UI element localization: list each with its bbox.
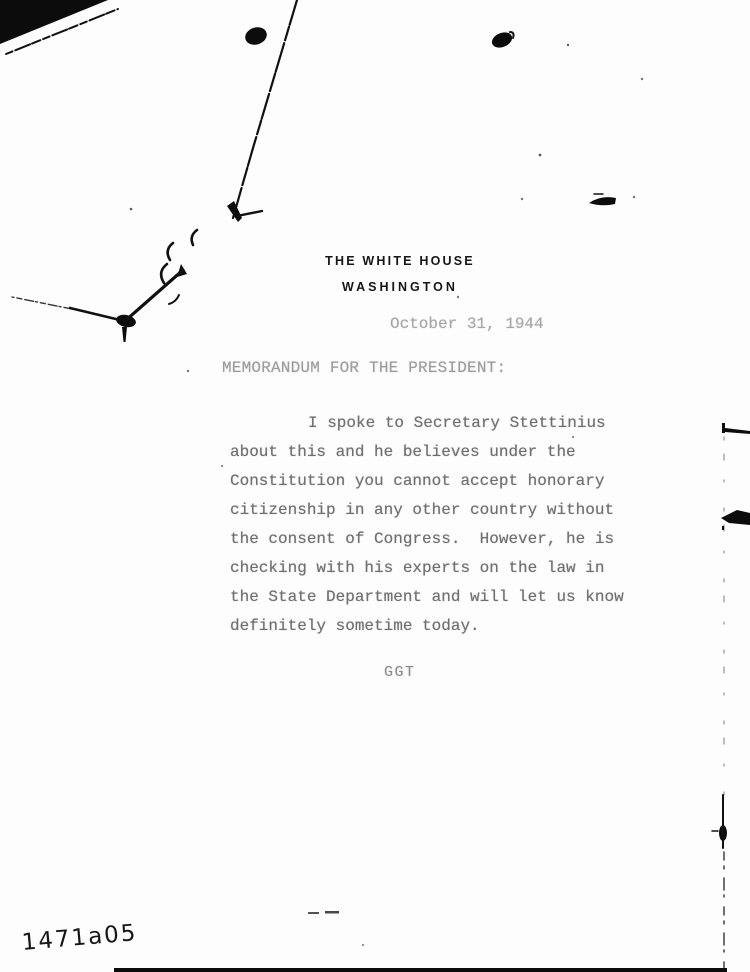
letterhead-title: THE WHITE HOUSE [250,254,550,268]
scan-artifact-edge-blob [719,825,727,841]
memo-body: I spoke to Secretary Stettinius about th… [230,409,640,641]
memo-body-line: citizenship in any other country without [230,496,640,525]
letterhead-subtitle: WASHINGTON [250,280,550,294]
scan-artifact-corner-edge-line [6,9,118,54]
scan-artifact-margin-dot [722,526,724,530]
memo-body-line: the State Department and will let us kno… [230,583,640,612]
memo-body-line: the consent of Congress. However, he is [230,525,640,554]
handwritten-annotation: 1471a05 [21,920,139,956]
scan-artifact-margin-line-upper [725,428,750,434]
scan-artifact-ink-blot-right [490,30,515,51]
scan-artifact-crease-hook [177,264,187,277]
typist-initials: GGT [384,664,416,681]
memo-body-line: definitely sometime today. [230,612,640,641]
scan-artifact-crease-junction [115,313,137,329]
scan-artifact-curl-mark-2 [168,243,173,260]
scan-artifact-crease-drip [122,327,127,342]
memo-body-line: checking with his experts on the law in [230,554,640,583]
scan-artifact-curl-mark-3 [161,264,167,283]
letterhead: THE WHITE HOUSE WASHINGTON [250,254,550,294]
memo-body-line: about this and he believes under the [230,438,640,467]
scan-artifact-crease-tick [169,295,179,304]
scan-artifact-fold-tick [237,211,262,216]
memo-body-line: Constitution you cannot accept honorary [230,467,640,496]
scan-artifact-left-line-solid [70,308,120,320]
scan-artifact-smudge-dash [589,197,616,205]
scan-artifact-margin-tick-upper [722,423,725,433]
scan-artifact-curl-mark-1 [192,230,197,245]
scan-artifact-fold-line-upper [233,0,297,218]
scan-artifact-speck-dash-2 [325,911,339,914]
scan-artifact-bottom-edge-bar [114,968,727,972]
scan-artifact-crease-line-lower [125,270,183,321]
memo-salutation: MEMORANDUM FOR THE PRESIDENT: [222,359,506,377]
memo-date: October 31, 1944 [390,315,544,333]
scan-artifact-margin-arrow [721,510,750,525]
scan-artifact-fold-arrowhead [227,201,242,222]
scanned-memo-page: THE WHITE HOUSE WASHINGTON October 31, 1… [0,0,750,972]
scan-artifact-corner-triangle [0,0,108,44]
scan-artifact-speck-dash-1 [308,912,319,914]
scan-artifact-left-line-faint [12,297,72,309]
memo-body-line: I spoke to Secretary Stettinius [230,409,640,438]
scan-artifact-blot-hook [510,32,514,38]
scan-artifact-ink-blot-left [243,25,269,48]
